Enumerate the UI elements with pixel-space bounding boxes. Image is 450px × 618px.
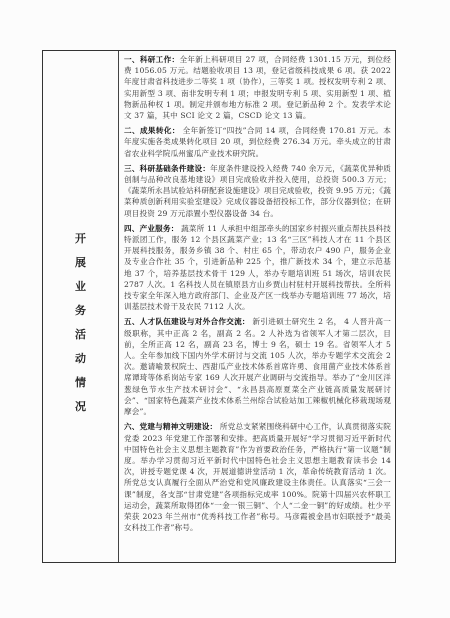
label-char: 况 <box>75 395 86 419</box>
document-page: 开 展 业 务 活 动 情 况 一、科研工作：全年新上科研项目 27 项，合同经… <box>0 0 450 618</box>
section-body: 所党总支紧紧围绕科研中心工作，认真贯彻落实院党委 2023 年党建工作部署和安排… <box>124 422 391 532</box>
section-body: 新引进硕士研究生 2 名， 4 人晋升高一级职称，其中正高 2 名，副高 2 名… <box>124 317 391 416</box>
label-char: 展 <box>75 251 86 275</box>
label-char: 业 <box>75 275 86 299</box>
section-heading: 一、科研工作： <box>124 55 179 64</box>
section-research: 一、科研工作：全年新上科研项目 27 项，合同经费 1301.15 万元，到位经… <box>124 54 391 121</box>
section-heading: 四、产业服务： <box>124 224 179 233</box>
section-body: 蔬菜所 11 人承担中组部牵头的国家乡村振兴重点帮扶县科技特派团工作，服务 12… <box>124 224 391 311</box>
content-cell: 一、科研工作：全年新上科研项目 27 项，合同经费 1301.15 万元，到位经… <box>119 51 395 562</box>
section-industry-service: 四、产业服务： 蔬菜所 11 人承担中组部牵头的国家乡村振兴重点帮扶县科技特派团… <box>124 223 391 313</box>
section-heading: 五、人才队伍建设与对外合作交流： <box>124 317 250 326</box>
section-heading: 三、科研基础条件建设： <box>124 164 210 173</box>
section-party-building: 六、党建与精神文明建设： 所党总支紧紧围绕科研中心工作，认真贯彻落实院党委 20… <box>124 421 391 533</box>
section-heading: 六、党建与精神文明建设： <box>124 422 217 431</box>
label-char: 务 <box>75 299 86 323</box>
label-char: 活 <box>75 323 86 347</box>
label-char: 动 <box>75 347 86 371</box>
section-body: 全年新上科研项目 27 项，合同经费 1301.15 万元，到位经费 1056.… <box>124 55 391 120</box>
section-heading: 二、成果转化： <box>124 126 180 135</box>
section-talent-cooperation: 五、人才队伍建设与对外合作交流： 新引进硕士研究生 2 名， 4 人晋升高一级职… <box>124 316 391 417</box>
section-infrastructure: 三、科研基础条件建设：年度条件建设投入经费 740 余万元，《蔬菜优异种质创制与… <box>124 163 391 219</box>
activity-table: 开 展 业 务 活 动 情 况 一、科研工作：全年新上科研项目 27 项，合同经… <box>42 50 396 563</box>
row-label-cell: 开 展 业 务 活 动 情 况 <box>43 51 119 562</box>
label-char: 情 <box>75 371 86 395</box>
vertical-label: 开 展 业 务 活 动 情 况 <box>43 227 118 419</box>
section-achievement-transfer: 二、成果转化： 全年新签订“四技”合同 14 项，合同经费 170.81 万元。… <box>124 125 391 159</box>
label-char: 开 <box>75 227 86 251</box>
